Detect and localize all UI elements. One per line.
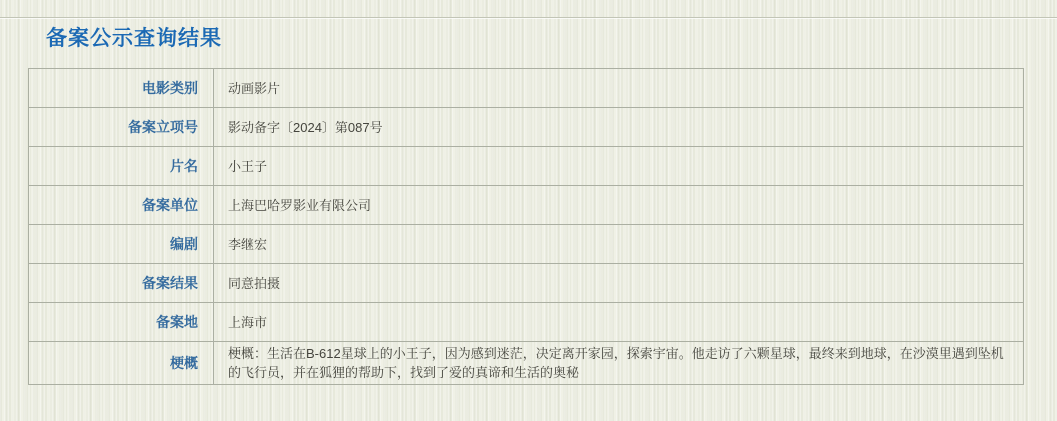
table-row-registration-number: 备案立项号 影动备字〔2024〕第087号 — [29, 108, 1023, 147]
row-label: 备案立项号 — [29, 108, 214, 146]
row-value: 动画影片 — [214, 69, 1023, 107]
row-value: 上海巴哈罗影业有限公司 — [214, 186, 1023, 224]
top-divider-line — [0, 17, 1057, 18]
table-row-film-category: 电影类别 动画影片 — [29, 69, 1023, 108]
table-row-screenwriter: 编剧 李继宏 — [29, 225, 1023, 264]
table-row-film-title: 片名 小王子 — [29, 147, 1023, 186]
row-label: 编剧 — [29, 225, 214, 263]
row-label: 电影类别 — [29, 69, 214, 107]
row-label: 备案单位 — [29, 186, 214, 224]
row-value: 小王子 — [214, 147, 1023, 185]
row-label: 片名 — [29, 147, 214, 185]
page: { "page": { "title": "备案公示查询结果" }, "colo… — [0, 0, 1057, 421]
table-row-registration-unit: 备案单位 上海巴哈罗影业有限公司 — [29, 186, 1023, 225]
table-row-synopsis: 梗概 梗概：生活在B-612星球上的小王子，因为感到迷茫，决定离开家园，探索宇宙… — [29, 342, 1023, 384]
table-row-registration-place: 备案地 上海市 — [29, 303, 1023, 342]
row-value: 上海市 — [214, 303, 1023, 341]
row-label: 梗概 — [29, 342, 214, 384]
page-title: 备案公示查询结果 — [46, 22, 222, 52]
row-label: 备案结果 — [29, 264, 214, 302]
row-value: 影动备字〔2024〕第087号 — [214, 108, 1023, 146]
table-row-registration-result: 备案结果 同意拍摄 — [29, 264, 1023, 303]
row-value: 同意拍摄 — [214, 264, 1023, 302]
registration-result-table: 电影类别 动画影片 备案立项号 影动备字〔2024〕第087号 片名 小王子 备… — [28, 68, 1024, 385]
row-label: 备案地 — [29, 303, 214, 341]
row-value: 梗概：生活在B-612星球上的小王子，因为感到迷茫，决定离开家园，探索宇宙。他走… — [214, 342, 1023, 384]
row-value: 李继宏 — [214, 225, 1023, 263]
